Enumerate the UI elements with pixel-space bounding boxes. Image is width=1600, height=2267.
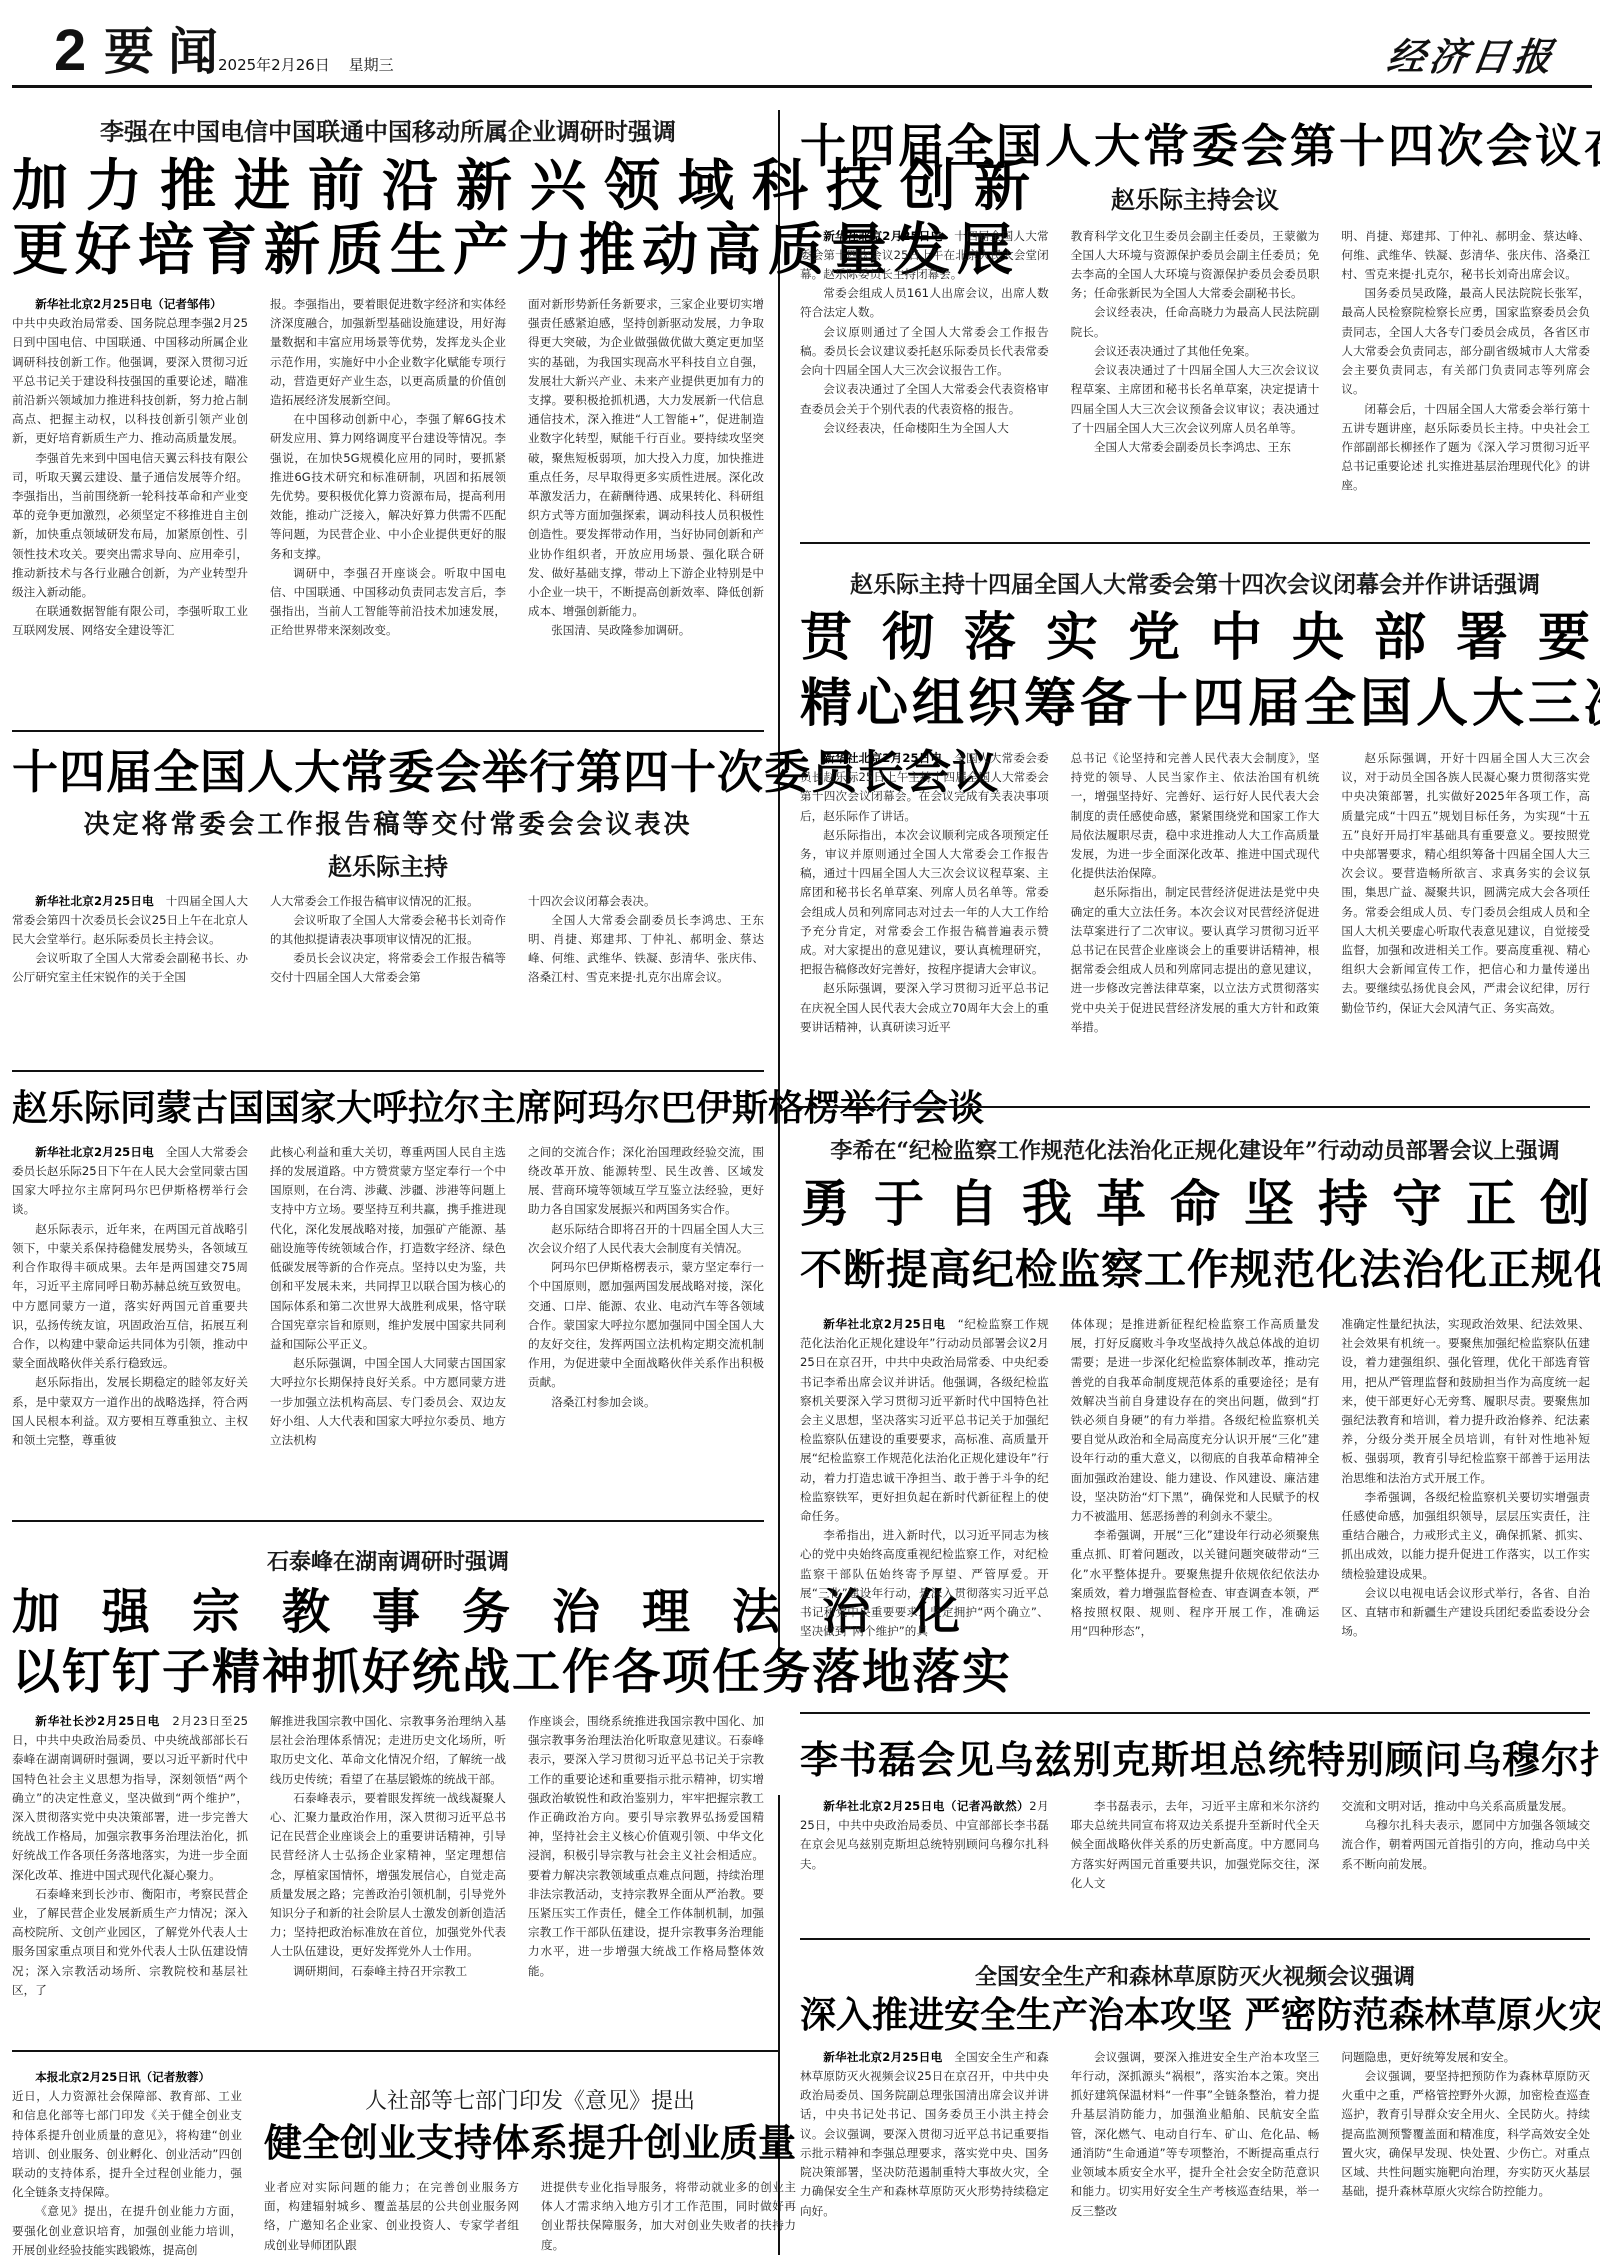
body-column: 赵乐际强调，开好十四届全国人大三次会议，对于动员全国各族人民凝心聚力贯彻落实党中… [1341, 749, 1590, 1037]
body-column: 作座谈会，围绕系统推进我国宗教中国化、加强宗教事务治理法治化听取意见建议。石泰峰… [528, 1712, 764, 2000]
article-headline: 加强宗教事务治理法治化 以钉钉子精神抓好统战工作各项任务落地落实 [12, 1582, 764, 1702]
article-li-shulei: 李书磊会见乌兹别克斯坦总统特别顾问乌穆尔扎科夫 新华社北京2月25日电（记者冯歆… [800, 1740, 1590, 1893]
body-column: 问题隐患，更好统筹发展和安全。 会议强调，要坚持把预防作为森林草原防灭火重中之重… [1341, 2048, 1590, 2221]
body-column: 新华社北京2月25日电（记者冯歆然）2月25日，中共中央政治局委员、中宣部部长李… [800, 1797, 1049, 1893]
body-column: 明、肖捷、郑建邦、丁仲礼、郝明金、蔡达峰、何维、武维华、铁凝、彭清华、张庆伟、洛… [1341, 227, 1590, 496]
body-column: 之间的交流合作；深化治国理政经验交流，围绕改革开放、能源转型、民生改善、区域发展… [528, 1143, 764, 1450]
article-kicker: 李强在中国电信中国联通中国移动所属企业调研时强调 [12, 112, 764, 147]
article-zhao-speech: 赵乐际主持十四届全国人大常委会第十四次会议闭幕会并作讲话强调 贯彻落实党中央部署… [800, 566, 1590, 1037]
body-column: 新华社北京2月25日电 全国人大常委会委员长赵乐际25日上午主持十四届全国人大常… [800, 749, 1049, 1037]
article-subhead: 赵乐际主持会议 [800, 180, 1590, 215]
body-column: 报。李强指出，要着眼促进数字经济和实体经济深度融合，加强新型基础设施建设，用好海… [270, 295, 506, 641]
article-subhead-2: 赵乐际主持 [12, 847, 764, 882]
section-divider [12, 730, 764, 732]
dateline: 新华社北京2月25日电 [823, 751, 942, 765]
body-column: 此核心利益和重大关切，尊重两国人民自主选择的发展道路。中方赞赏蒙方坚定奉行一个中… [270, 1143, 506, 1450]
body-column: 业者应对实际问题的能力；在完善创业服务方面，构建辐射城乡、覆盖基层的公共创业服务… [264, 2178, 519, 2255]
article-li-qiang: 李强在中国电信中国联通中国移动所属企业调研时强调 加力推进前沿新兴领域科技创新 … [12, 112, 764, 641]
article-headline: 深入推进安全生产治本攻坚 严密防范森林草原火灾风险 [800, 1997, 1590, 2036]
article-body: 业者应对实际问题的能力；在完善创业服务方面，构建辐射城乡、覆盖基层的公共创业服务… [264, 2178, 796, 2255]
body-column: 李书磊表示，去年，习近平主席和米尔济约耶夫总统共同宣布将双边关系提升至新时代全天… [1071, 1797, 1320, 1893]
section-divider [800, 1712, 1590, 1714]
article-npc-closing: 十四届全国人大常委会第十四次会议在京闭幕 赵乐际主持会议 新华社北京2月25日电… [800, 122, 1590, 496]
body-column: 人大常委会工作报告稿审议情况的汇报。 会议听取了全国人大常委会秘书长刘奇作的其他… [270, 892, 506, 988]
section-name: 要闻 [104, 24, 232, 80]
issue-date: 2025年2月26日 星期三 [218, 54, 408, 75]
article-body: 新华社北京2月25日电 “纪检监察工作规范化法治化正规化建设年”行动动员部署会议… [800, 1315, 1590, 1641]
masthead: 2 要闻 2025年2月26日 星期三 经济日报 [12, 0, 1592, 88]
body-column: 面对新形势新任务新要求，三家企业要切实增强责任感紧迫感，坚持创新驱动发展，力争取… [528, 295, 764, 641]
body-column: 准确定性量纪执法，实现政治效果、纪法效果、社会效果有机统一。要聚焦加强纪检监察队… [1341, 1315, 1590, 1641]
dateline: 新华社北京2月25日电 [823, 2050, 942, 2064]
article-body: 新华社北京2月25日电（记者邹伟）中共中央政治局常委、国务院总理李强2月25日到… [12, 295, 764, 641]
body-column: 新华社北京2月25日电 全国人大常委会委员长赵乐际25日下午在人民大会堂同蒙古国… [12, 1143, 248, 1450]
body-column: 交流和文明对话，推动中乌关系高质量发展。 乌穆尔扎科夫表示，愿同中方加强各领域交… [1341, 1797, 1590, 1893]
article-body: 新华社北京2月25日电 全国人大常委会委员长赵乐际25日上午主持十四届全国人大常… [800, 749, 1590, 1037]
article-chairmen-meeting: 十四届全国人大常委会举行第四十次委员长会议 决定将常委会工作报告稿等交付常委会会… [12, 748, 764, 988]
article-body: 新华社北京2月25日电（记者冯歆然）2月25日，中共中央政治局委员、中宣部部长李… [800, 1797, 1590, 1893]
dateline: 新华社北京2月25日电 [823, 1317, 945, 1331]
body-column: 新华社北京2月25日电 十四届全国人大常委会第十四次会议25日上午在北京人民大会… [800, 227, 1049, 496]
article-headline: 贯彻落实党中央部署要求 精心组织筹备十四届全国人大三次会议 [800, 605, 1590, 737]
body-column: 本报北京2月25日讯（记者敖蓉）近日，人力资源社会保障部、教育部、工业和信息化部… [12, 2068, 242, 2260]
article-headline: 十四届全国人大常委会第十四次会议在京闭幕 [800, 122, 1590, 172]
section-divider [800, 542, 1590, 544]
dateline: 本报北京2月25日讯（记者敖蓉） [35, 2070, 210, 2084]
body-column: 新华社长沙2月25日电 2月23日至25日，中共中央政治局委员、中央统战部部长石… [12, 1712, 248, 2000]
article-employment: 本报北京2月25日讯（记者敖蓉）近日，人力资源社会保障部、教育部、工业和信息化部… [12, 2068, 764, 2260]
dateline: 新华社北京2月25日电（记者邹伟） [35, 297, 222, 311]
article-shi-taifeng: 石泰峰在湖南调研时强调 加强宗教事务治理法治化 以钉钉子精神抓好统战工作各项任务… [12, 1545, 764, 2000]
article-body: 新华社北京2月25日电 十四届全国人大常委会第十四次会议25日上午在北京人民大会… [800, 227, 1590, 496]
article-kicker: 人社部等七部门印发《意见》提出 [264, 2084, 796, 2115]
body-column: 新华社北京2月25日电 “纪检监察工作规范化法治化正规化建设年”行动动员部署会议… [800, 1315, 1049, 1641]
body-column: 新华社北京2月25日电（记者邹伟）中共中央政治局常委、国务院总理李强2月25日到… [12, 295, 248, 641]
page-number: 2 [54, 22, 86, 80]
article-body: 新华社北京2月25日电 全国人大常委会委员长赵乐际25日下午在人民大会堂同蒙古国… [12, 1143, 764, 1450]
newspaper-logo: 经济日报 [1384, 26, 1560, 81]
article-kicker: 石泰峰在湖南调研时强调 [12, 1545, 764, 1576]
article-subhead: 决定将常委会工作报告稿等交付常委会会议表决 [12, 804, 764, 841]
section-divider [800, 1106, 1590, 1108]
article-headline: 十四届全国人大常委会举行第四十次委员长会议 [12, 748, 764, 798]
section-divider [800, 1938, 1590, 1940]
article-body: 新华社北京2月25日电 全国安全生产和森林草原防灭火视频会议25日在京召开，中共… [800, 2048, 1590, 2221]
article-headline: 加力推进前沿新兴领域科技创新 更好培育新质生产力推动高质量发展 [12, 155, 764, 283]
section-divider [12, 1070, 764, 1072]
article-body: 新华社长沙2月25日电 2月23日至25日，中共中央政治局委员、中央统战部部长石… [12, 1712, 764, 2000]
body-column: 体体现；是推进新征程纪检监察工作高质量发展，打好反腐败斗争攻坚战持久战总体战的迫… [1071, 1315, 1320, 1641]
article-kicker: 李希在“纪检监察工作规范化法治化正规化建设年”行动动员部署会议上强调 [800, 1134, 1590, 1165]
dateline: 新华社长沙2月25日电 [35, 1714, 160, 1728]
column-divider [778, 110, 780, 1662]
date: 2025年2月26日 [218, 56, 330, 74]
weekday: 星期三 [349, 56, 394, 74]
dateline: 新华社北京2月25日电 [35, 894, 154, 908]
section-divider [12, 1520, 764, 1522]
body-column: 十四次会议闭幕会表决。 全国人大常委会副委员长李鸿忠、王东明、肖捷、郑建邦、丁仲… [528, 892, 764, 988]
article-kicker: 赵乐际主持十四届全国人大常委会第十四次会议闭幕会并作讲话强调 [800, 566, 1590, 599]
body-column: 解推进我国宗教中国化、宗教事务治理纳入基层社会治理体系情况；走进历史文化场所，听… [270, 1712, 506, 2000]
article-safety: 全国安全生产和森林草原防灭火视频会议强调 深入推进安全生产治本攻坚 严密防范森林… [800, 1960, 1590, 2221]
body-column: 教育科学文化卫生委员会副主任委员，王蒙徽为全国人大环境与资源保护委员会副主任委员… [1071, 227, 1320, 496]
body-column: 新华社北京2月25日电 全国安全生产和森林草原防灭火视频会议25日在京召开，中共… [800, 2048, 1049, 2221]
article-body: 新华社北京2月25日电 十四届全国人大常委会第四十次委员长会议25日上午在北京人… [12, 892, 764, 988]
article-headline: 赵乐际同蒙古国国家大呼拉尔主席阿玛尔巴伊斯格楞举行会谈 [12, 1090, 764, 1129]
body-column: 总书记《论坚持和完善人民代表大会制度》，坚持党的领导、人民当家作主、依法治国有机… [1071, 749, 1320, 1037]
section-divider [12, 2050, 778, 2052]
dateline: 新华社北京2月25日电 [35, 1145, 154, 1159]
body-column: 会议强调，要深入推进安全生产治本攻坚三年行动，深抓源头“祸根”，落实治本之策。突… [1071, 2048, 1320, 2221]
article-headline: 健全创业支持体系提升创业质量 [264, 2123, 796, 2164]
dateline: 新华社北京2月25日电 [823, 229, 942, 243]
article-mongolia-talks: 赵乐际同蒙古国国家大呼拉尔主席阿玛尔巴伊斯格楞举行会谈 新华社北京2月25日电 … [12, 1090, 764, 1450]
body-column: 新华社北京2月25日电 十四届全国人大常委会第四十次委员长会议25日上午在北京人… [12, 892, 248, 988]
article-li-xi: 李希在“纪检监察工作规范化法治化正规化建设年”行动动员部署会议上强调 勇于自我革… [800, 1134, 1590, 1641]
article-kicker: 全国安全生产和森林草原防灭火视频会议强调 [800, 1960, 1590, 1991]
article-headline: 勇于自我革命坚持守正创新 不断提高纪检监察工作规范化法治化正规化水平 [800, 1171, 1590, 1303]
body-column: 进提供专业化指导服务，将带动就业多的创业主体人才需求纳入地方引才工作范围，同时做… [541, 2178, 796, 2255]
article-headline: 李书磊会见乌兹别克斯坦总统特别顾问乌穆尔扎科夫 [800, 1740, 1590, 1781]
dateline: 新华社北京2月25日电（记者冯歆然） [823, 1799, 1029, 1813]
